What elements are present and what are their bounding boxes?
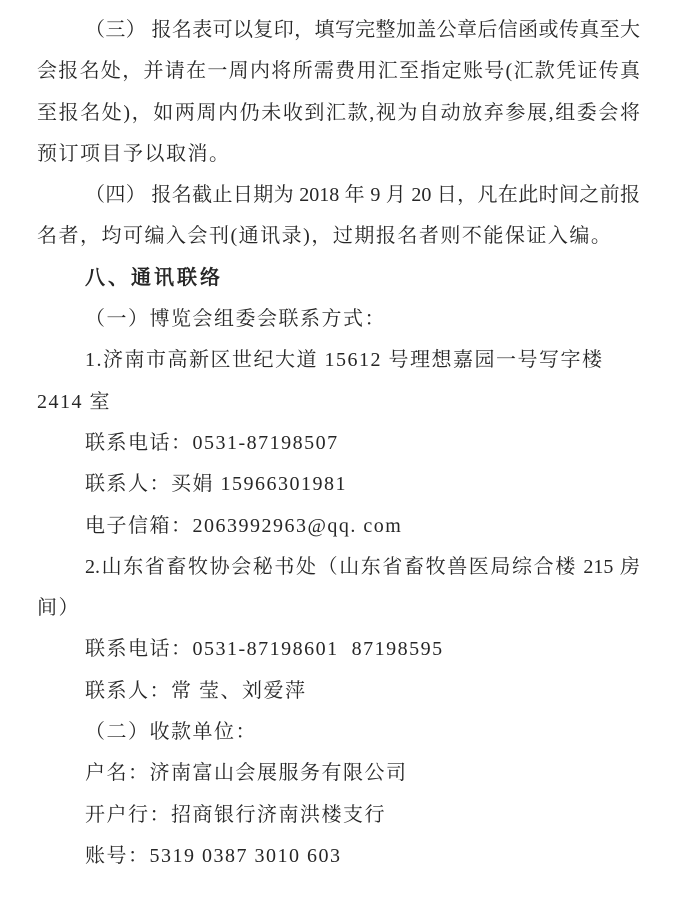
paragraph-line: 至报名处)，如两周内仍未收到汇款,视为自动放弃参展,组委会将 — [37, 93, 640, 134]
bank-name: 开户行：招商银行济南洪楼支行 — [37, 795, 640, 836]
paragraph-line: 会报名处，并请在一周内将所需费用汇至指定账号(汇款凭证传真 — [37, 51, 640, 92]
subsection-title: （二）收款单位： — [37, 712, 640, 753]
account-number: 账号：5319 0387 3010 603 — [37, 836, 640, 877]
address-line: 2414 室 — [37, 382, 640, 423]
paragraph-line: 名者，均可编入会刊(通讯录)，过期报名者则不能保证入编。 — [37, 216, 640, 257]
address-line: 间） — [37, 588, 640, 629]
section-heading: 八、通讯联络 — [37, 258, 640, 299]
address-line: 1.济南市高新区世纪大道 15612 号理想嘉园一号写字楼 — [37, 340, 640, 381]
paragraph-line: 预订项目予以取消。 — [37, 134, 640, 175]
document-body: （三） 报名表可以复印，填写完整加盖公章后信函或传真至大会报名处，并请在一周内将… — [37, 10, 640, 877]
address-line: 2.山东省畜牧协会秘书处（山东省畜牧兽医局综合楼 215 房 — [37, 547, 640, 588]
contact-phone: 联系电话：0531-87198507 — [37, 423, 640, 464]
account-name: 户名：济南富山会展服务有限公司 — [37, 753, 640, 794]
paragraph-line: （三） 报名表可以复印，填写完整加盖公章后信函或传真至大 — [37, 10, 640, 51]
contact-person: 联系人：常 莹、刘爱萍 — [37, 671, 640, 712]
subsection-title: （一）博览会组委会联系方式： — [37, 299, 640, 340]
contact-person: 联系人：买娟 15966301981 — [37, 464, 640, 505]
contact-phone: 联系电话：0531-87198601 87198595 — [37, 629, 640, 670]
contact-email: 电子信箱：2063992963@qq. com — [37, 506, 640, 547]
document-page: （三） 报名表可以复印，填写完整加盖公章后信函或传真至大会报名处，并请在一周内将… — [0, 0, 677, 899]
paragraph-line: （四） 报名截止日期为 2018 年 9 月 20 日，凡在此时间之前报 — [37, 175, 640, 216]
